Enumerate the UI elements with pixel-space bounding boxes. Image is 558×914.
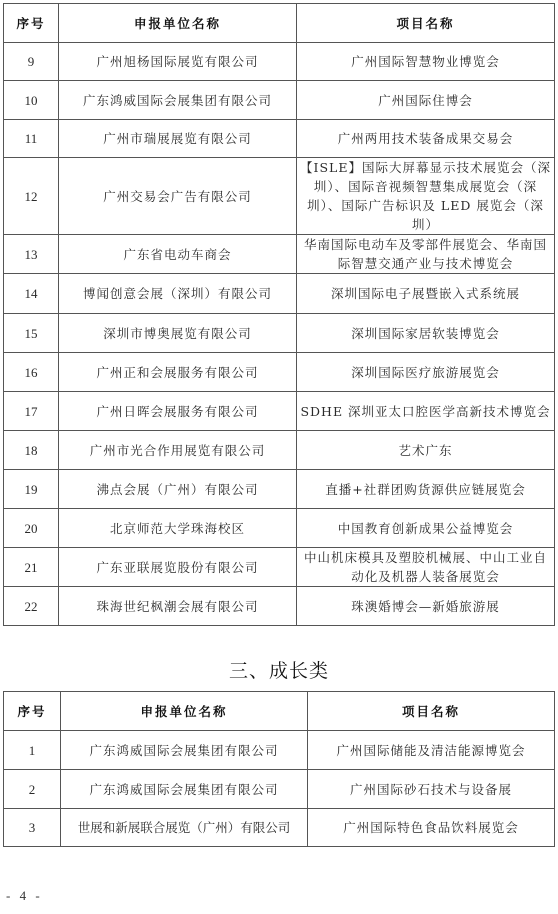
row-seq: 13 [4,235,59,274]
row-unit-name: 世展和新展联合展览（广州）有限公司 [61,809,308,847]
row-seq: 18 [4,431,59,470]
table-row: 9 广州旭杨国际展览有限公司 广州国际智慧物业博览会 [4,43,555,81]
row-seq: 3 [4,809,61,847]
row-unit-name: 沸点会展（广州）有限公司 [59,470,297,509]
table-row: 20 北京师范大学珠海校区 中国教育创新成果公益博览会 [4,509,555,548]
row-seq: 2 [4,770,61,809]
table-header-row: 序号 申报单位名称 项目名称 [4,4,555,43]
row-project-name: 深圳国际医疗旅游展览会 [297,353,555,392]
header-project-name: 项目名称 [297,4,555,43]
table-row: 2 广东鸿威国际会展集团有限公司 广州国际砂石技术与设备展 [4,770,555,809]
row-unit-name: 广东亚联展览股份有限公司 [59,548,297,587]
row-unit-name: 广东省电动车商会 [59,235,297,274]
row-seq: 14 [4,274,59,314]
row-project-name: 广州国际储能及清洁能源博览会 [308,731,555,770]
row-unit-name: 广州日晖会展服务有限公司 [59,392,297,431]
row-unit-name: 广东鸿威国际会展集团有限公司 [59,81,297,120]
header-unit-name: 申报单位名称 [61,692,308,731]
row-project-name: SDHE 深圳亚太口腔医学高新技术博览会 [297,392,555,431]
row-project-name: 直播+社群团购货源供应链展览会 [297,470,555,509]
row-unit-name: 珠海世纪枫潮会展有限公司 [59,587,297,626]
row-seq: 16 [4,353,59,392]
table-row: 18 广州市光合作用展览有限公司 艺术广东 [4,431,555,470]
row-unit-name: 北京师范大学珠海校区 [59,509,297,548]
table-row: 21 广东亚联展览股份有限公司 中山机床模具及塑胶机械展、中山工业自动化及机器人… [4,548,555,587]
row-unit-name: 广东鸿威国际会展集团有限公司 [61,770,308,809]
row-unit-name: 博闻创意会展（深圳）有限公司 [59,274,297,314]
header-seq: 序号 [4,692,61,731]
row-seq: 11 [4,120,59,158]
row-project-name: 深圳国际家居软装博览会 [297,314,555,353]
row-project-name: 中山机床模具及塑胶机械展、中山工业自动化及机器人装备展览会 [297,548,555,587]
row-project-name: 华南国际电动车及零部件展览会、华南国际智慧交通产业与技术博览会 [297,235,555,274]
section-heading-growth: 三、成长类 [0,658,558,684]
row-project-name: 广州国际住博会 [297,81,555,120]
table-header-row: 序号 申报单位名称 项目名称 [4,692,555,731]
table-row: 16 广州正和会展服务有限公司 深圳国际医疗旅游展览会 [4,353,555,392]
header-project-name: 项目名称 [308,692,555,731]
growth-category-table: 序号 申报单位名称 项目名称 1 广东鸿威国际会展集团有限公司 广州国际储能及清… [3,691,555,847]
header-unit-name: 申报单位名称 [59,4,297,43]
table-row: 10 广东鸿威国际会展集团有限公司 广州国际住博会 [4,81,555,120]
row-seq: 19 [4,470,59,509]
row-project-name: 广州国际砂石技术与设备展 [308,770,555,809]
header-seq: 序号 [4,4,59,43]
row-project-name: 深圳国际电子展暨嵌入式系统展 [297,274,555,314]
exhibition-list-table: 序号 申报单位名称 项目名称 9 广州旭杨国际展览有限公司 广州国际智慧物业博览… [3,3,555,626]
row-project-name: 艺术广东 [297,431,555,470]
row-seq: 22 [4,587,59,626]
page-number: - 4 - [6,888,43,904]
row-project-name: 中国教育创新成果公益博览会 [297,509,555,548]
row-seq: 12 [4,158,59,235]
table-row: 11 广州市瑞展展览有限公司 广州两用技术装备成果交易会 [4,120,555,158]
table-row: 15 深圳市博奥展览有限公司 深圳国际家居软装博览会 [4,314,555,353]
row-unit-name: 广州市光合作用展览有限公司 [59,431,297,470]
row-seq: 1 [4,731,61,770]
row-unit-name: 广州市瑞展展览有限公司 [59,120,297,158]
table-row: 14 博闻创意会展（深圳）有限公司 深圳国际电子展暨嵌入式系统展 [4,274,555,314]
table-row: 13 广东省电动车商会 华南国际电动车及零部件展览会、华南国际智慧交通产业与技术… [4,235,555,274]
row-seq: 9 [4,43,59,81]
table-row: 22 珠海世纪枫潮会展有限公司 珠澳婚博会—新婚旅游展 [4,587,555,626]
row-unit-name: 广东鸿威国际会展集团有限公司 [61,731,308,770]
row-project-name: 广州两用技术装备成果交易会 [297,120,555,158]
row-seq: 20 [4,509,59,548]
row-unit-name: 深圳市博奥展览有限公司 [59,314,297,353]
row-unit-name: 广州正和会展服务有限公司 [59,353,297,392]
row-project-name: 广州国际智慧物业博览会 [297,43,555,81]
row-seq: 17 [4,392,59,431]
row-unit-name: 广州旭杨国际展览有限公司 [59,43,297,81]
row-project-name: 珠澳婚博会—新婚旅游展 [297,587,555,626]
row-project-name: 广州国际特色食品饮料展览会 [308,809,555,847]
row-seq: 21 [4,548,59,587]
table-row: 19 沸点会展（广州）有限公司 直播+社群团购货源供应链展览会 [4,470,555,509]
table-row: 12 广州交易会广告有限公司 【ISLE】国际大屏幕显示技术展览会（深圳）、国际… [4,158,555,235]
table-row: 17 广州日晖会展服务有限公司 SDHE 深圳亚太口腔医学高新技术博览会 [4,392,555,431]
row-project-name: 【ISLE】国际大屏幕显示技术展览会（深圳）、国际音视频智慧集成展览会（深圳）、… [297,158,555,235]
table-row: 3 世展和新展联合展览（广州）有限公司 广州国际特色食品饮料展览会 [4,809,555,847]
row-seq: 15 [4,314,59,353]
row-unit-name: 广州交易会广告有限公司 [59,158,297,235]
row-seq: 10 [4,81,59,120]
table-row: 1 广东鸿威国际会展集团有限公司 广州国际储能及清洁能源博览会 [4,731,555,770]
